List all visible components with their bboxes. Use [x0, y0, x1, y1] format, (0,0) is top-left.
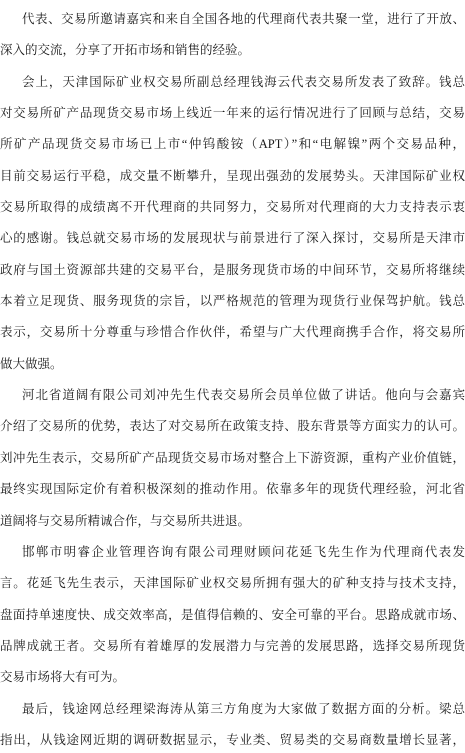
text-line: 政府与国土资源部共建的交易平台，是服务现货市场的中间环节，交易所将继续 — [0, 255, 465, 286]
text-line: 指出，从钱途网近期的调研数据显示，专业类、贸易类的交易商数量增长显著， — [0, 725, 465, 753]
text-line: 对交易所矿产品现货交易市场上线近一年来的运行情况进行了回顾与总结，交易 — [0, 98, 465, 129]
text-line: 最终实现国际定价有着积极深刻的推动作用。依靠多年的现货代理经验，河北省 — [0, 474, 465, 505]
document-page: 代表、交易所邀请嘉宾和来自全国各地的代理商代表共聚一堂，进行了开放、深入的交流，… — [0, 0, 465, 753]
text-line: 最后，钱途网总经理梁海涛从第三方角度为大家做了数据方面的分析。梁总 — [0, 694, 465, 725]
paragraph-5: 最后，钱途网总经理梁海涛从第三方角度为大家做了数据方面的分析。梁总指出，从钱途网… — [0, 694, 465, 753]
text-line: 邯郸市明睿企业管理咨询有限公司理财顾问花延飞先生作为代理商代表发 — [0, 537, 465, 568]
text-line: 会上，天津国际矿业权交易所副总经理钱海云代表交易所发表了致辞。钱总 — [0, 67, 465, 98]
text-line: 交易所取得的成绩离不开代理商的共同努力，交易所对代理商的大力支持表示衷 — [0, 192, 465, 223]
text-line: 道阔将与交易所精诚合作，与交易所共进退。 — [0, 506, 465, 537]
text-line: 所矿产品现货交易市场已上市“仲钨酸铵（APT）”和“电解镍”两个交易品种， — [0, 129, 465, 160]
text-line: 本着立足现货、服务现货的宗旨，以严格规范的管理为现货行业保驾护航。钱总 — [0, 286, 465, 317]
text-line: 心的感谢。钱总就交易市场的发展现状与前景进行了深入探讨，交易所是天津市 — [0, 223, 465, 254]
text-line: 言。花延飞先生表示，天津国际矿业权交易所拥有强大的矿种支持与技术支持， — [0, 568, 465, 599]
paragraph-1: 代表、交易所邀请嘉宾和来自全国各地的代理商代表共聚一堂，进行了开放、深入的交流，… — [0, 4, 465, 67]
paragraph-3: 河北省道阔有限公司刘冲先生代表交易所会员单位做了讲话。他向与会嘉宾介绍了交易所的… — [0, 380, 465, 537]
text-line: 做大做强。 — [0, 349, 465, 380]
text-line: 深入的交流，分享了开拓市场和销售的经验。 — [0, 35, 465, 66]
paragraph-2: 会上，天津国际矿业权交易所副总经理钱海云代表交易所发表了致辞。钱总对交易所矿产品… — [0, 67, 465, 380]
text-line: 表示，交易所十分尊重与珍惜合作伙伴，希望与广大代理商携手合作，将交易所 — [0, 317, 465, 348]
text-line: 代表、交易所邀请嘉宾和来自全国各地的代理商代表共聚一堂，进行了开放、 — [0, 4, 465, 35]
text-line: 刘冲先生表示，交易所矿产品现货交易市场对整合上下游资源，重构产业价值链， — [0, 443, 465, 474]
text-line: 河北省道阔有限公司刘冲先生代表交易所会员单位做了讲话。他向与会嘉宾 — [0, 380, 465, 411]
text-line: 交易市场将大有可为。 — [0, 662, 465, 693]
text-line: 目前交易运行平稳，成交量不断攀升，呈现出强劲的发展势头。天津国际矿业权 — [0, 161, 465, 192]
text-line: 盘面持单速度快、成交效率高，是值得信赖的、安全可靠的平台。思路成就市场、 — [0, 600, 465, 631]
paragraph-4: 邯郸市明睿企业管理咨询有限公司理财顾问花延飞先生作为代理商代表发言。花延飞先生表… — [0, 537, 465, 694]
text-line: 介绍了交易所的优势，表达了对交易所在政策支持、股东背景等方面实力的认可。 — [0, 411, 465, 442]
text-line: 品牌成就王者。交易所有着雄厚的发展潜力与完善的发展思路，选择交易所现货 — [0, 631, 465, 662]
